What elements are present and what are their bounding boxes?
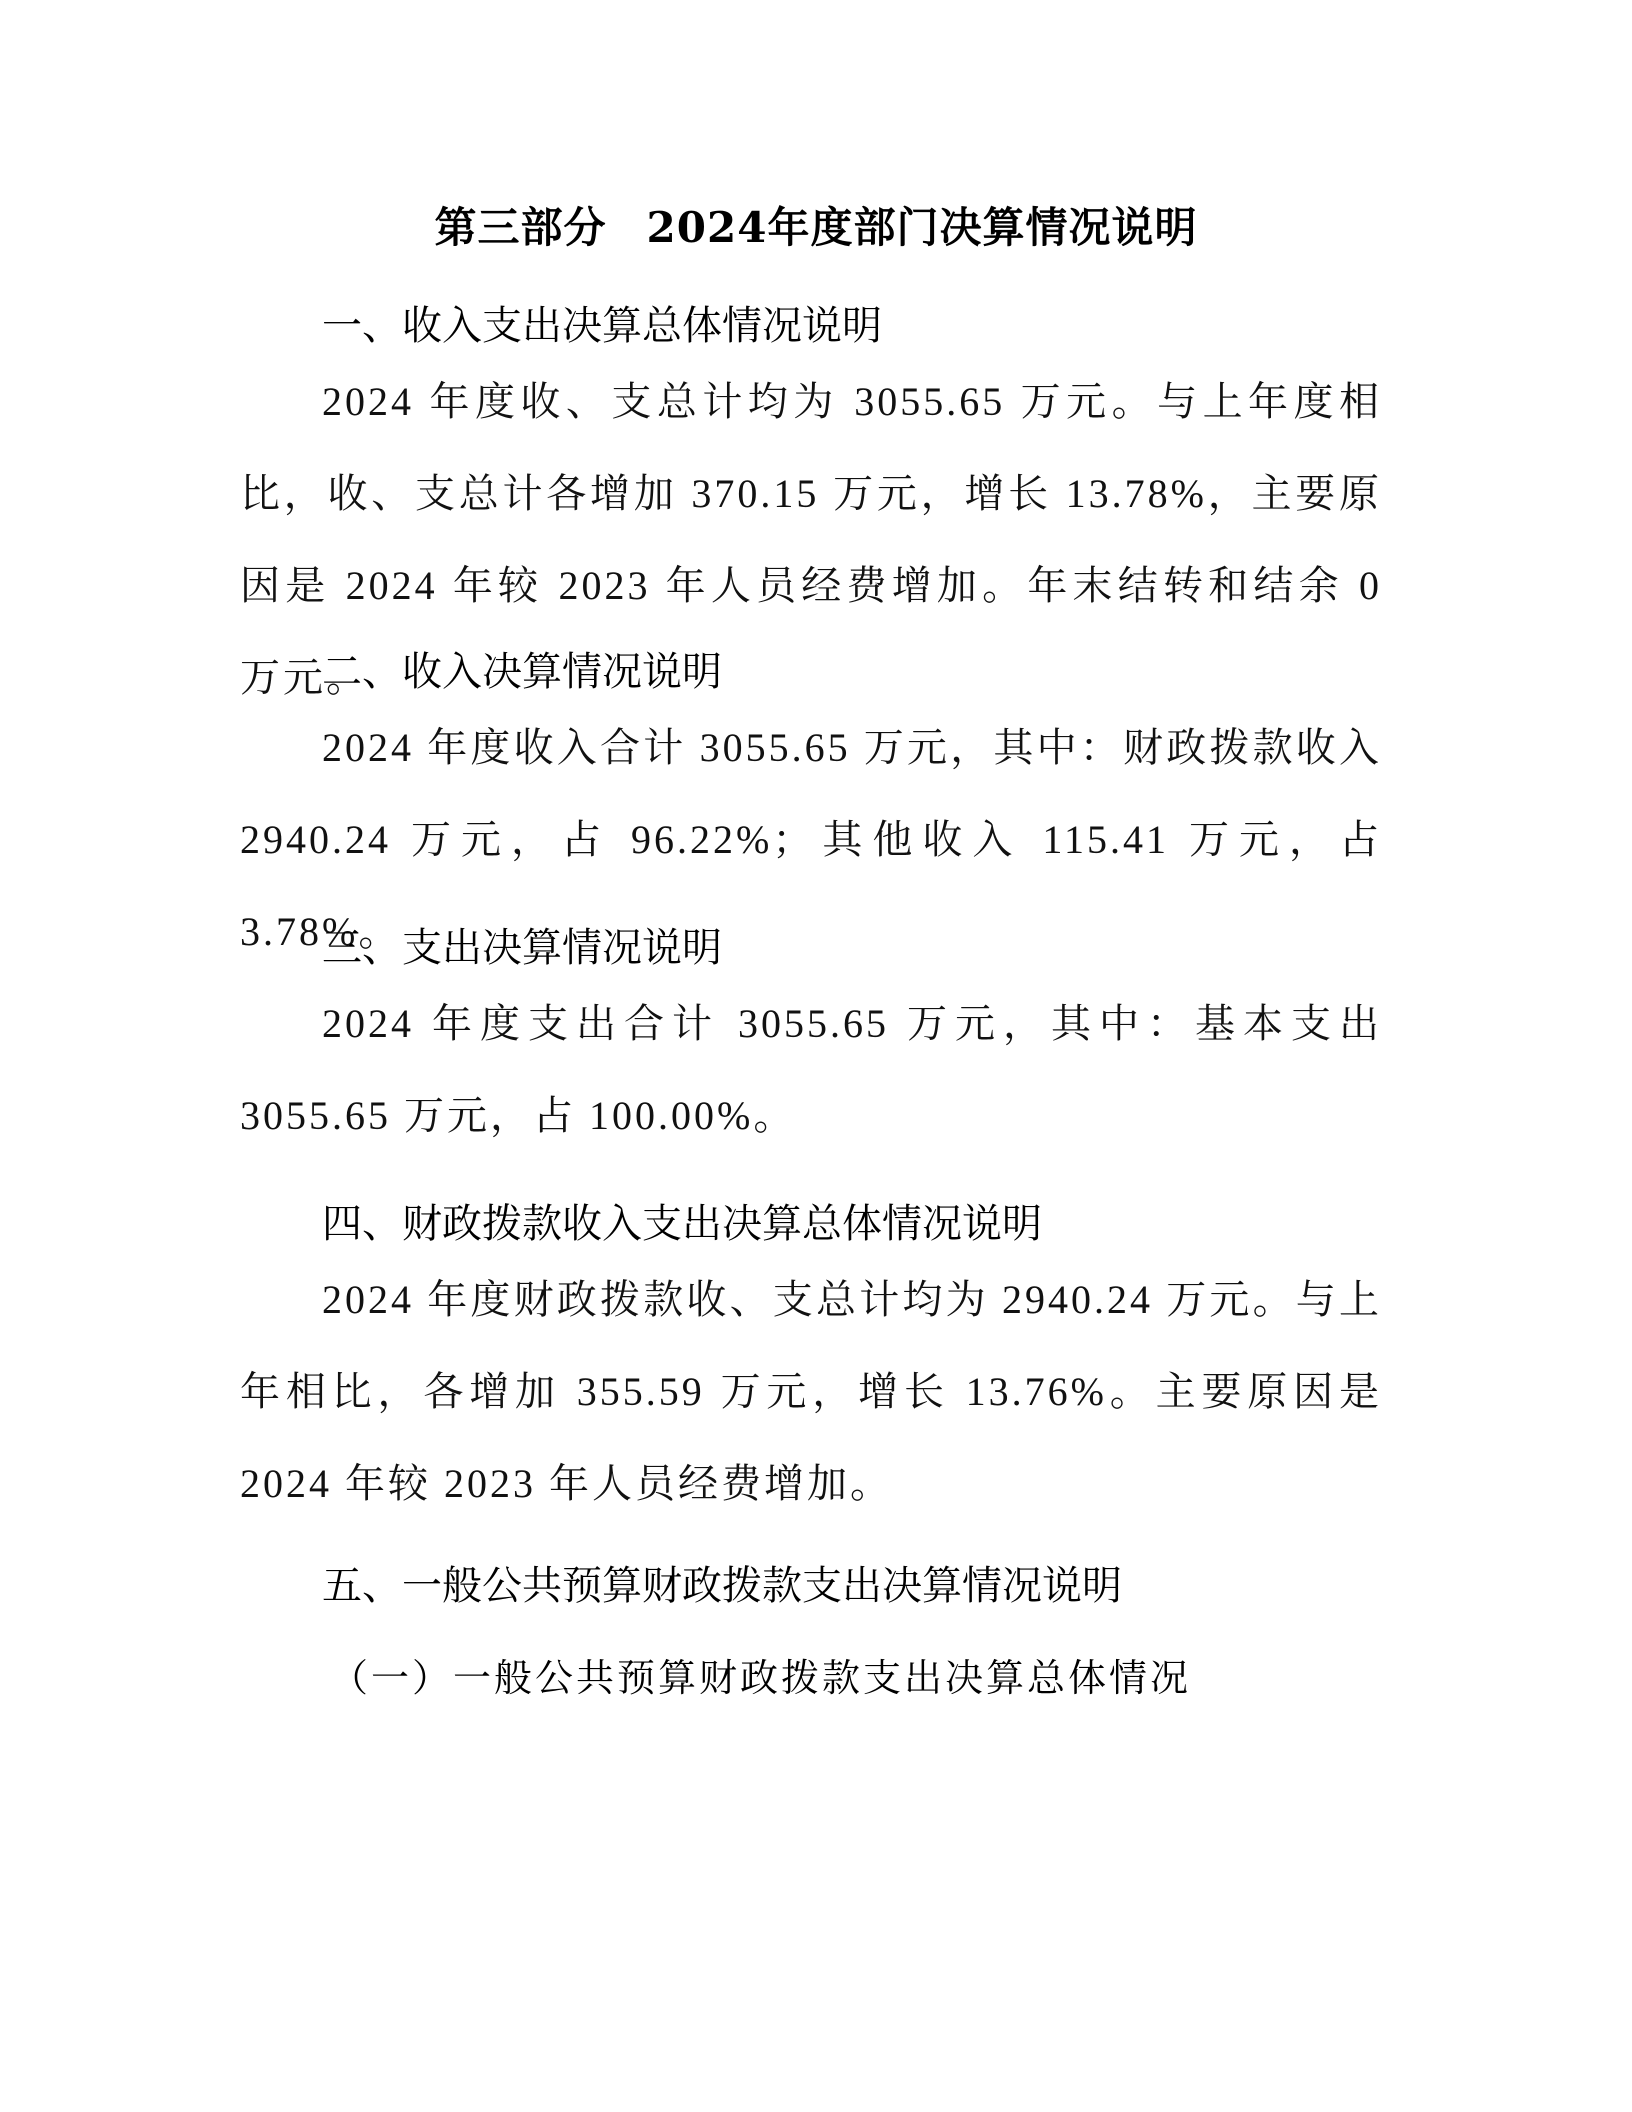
page-title: 第三部分2024年度部门决算情况说明 (0, 198, 1632, 258)
section-4-heading: 四、财政拨款收入支出决算总体情况说明 (322, 1194, 1042, 1254)
section-4-body: 2024 年度财政拨款收、支总计均为 2940.24 万元。与上年相比，各增加 … (240, 1254, 1382, 1530)
section-3-heading: 三、支出决算情况说明 (322, 918, 722, 978)
section-2-heading: 二、收入决算情况说明 (322, 642, 722, 702)
section-5-subheading: （一）一般公共预算财政拨款支出决算总体情况 (330, 1648, 1191, 1708)
title-part: 第三部分 (435, 203, 607, 252)
section-1-heading: 一、收入支出决算总体情况说明 (322, 296, 882, 356)
section-3-body: 2024 年度支出合计 3055.65 万元，其中：基本支出 3055.65 万… (240, 978, 1382, 1162)
section-5-heading: 五、一般公共预算财政拨款支出决算情况说明 (322, 1556, 1122, 1616)
title-main: 2024年度部门决算情况说明 (647, 203, 1198, 252)
document-page: 第三部分2024年度部门决算情况说明 一、收入支出决算总体情况说明 2024 年… (0, 0, 1632, 2112)
